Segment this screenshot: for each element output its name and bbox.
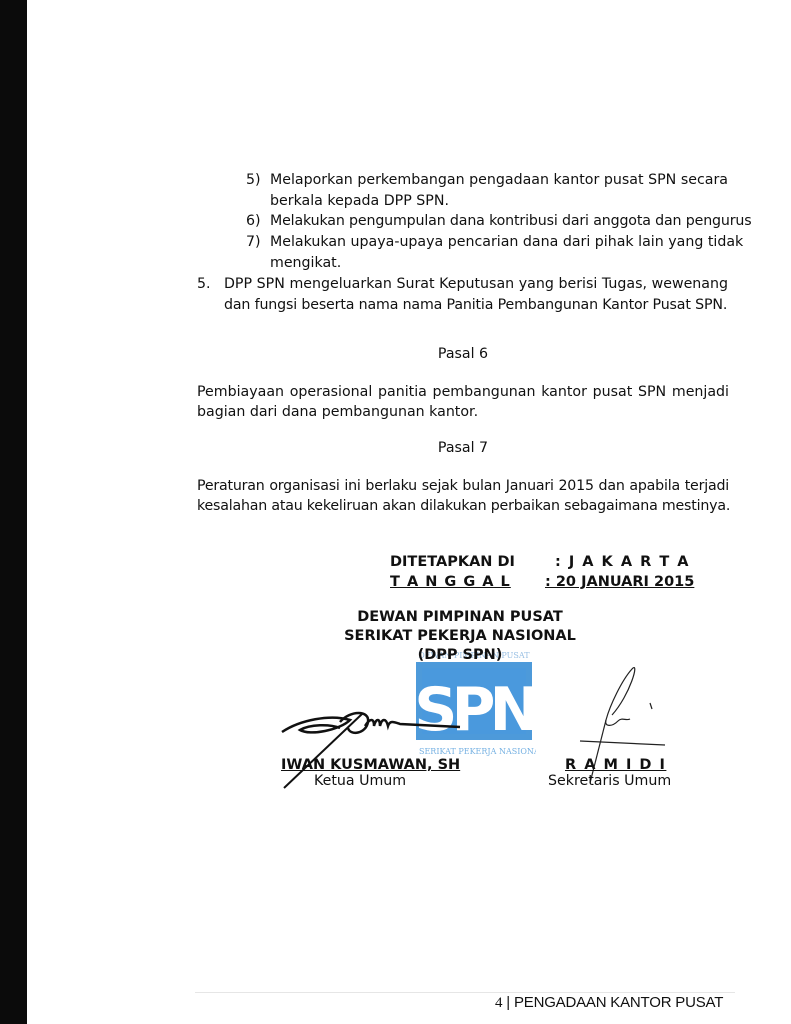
signatory-title-chairman: Ketua Umum bbox=[314, 773, 406, 789]
enactment-date-value: : 20 JANUARI 2015 bbox=[545, 574, 694, 590]
signatory-name-secretary: R A M I D I bbox=[565, 757, 666, 773]
org-line-1: DEWAN PIMPINAN PUSAT bbox=[330, 609, 590, 625]
footer-separator: | bbox=[506, 994, 510, 1011]
point-number: 5. bbox=[197, 274, 211, 295]
signatory-title-secretary: Sekretaris Umum bbox=[548, 773, 671, 789]
list-item-line: Melakukan upaya-upaya pencarian dana dar… bbox=[270, 232, 728, 253]
list-item-number: 7) bbox=[246, 232, 261, 253]
footer-title: PENGADAAN KANTOR PUSAT bbox=[514, 994, 723, 1011]
list-item-line: Melaporkan perkembangan pengadaan kantor… bbox=[270, 170, 728, 191]
list-item-number: 6) bbox=[246, 211, 261, 232]
pasal-7-heading: Pasal 7 bbox=[197, 438, 729, 459]
page-footer: 4 | PENGADAAN KANTOR PUSAT bbox=[495, 994, 723, 1012]
list-item-line: mengikat. bbox=[270, 253, 341, 274]
list-item-line: Melakukan pengumpulan dana kontribusi da… bbox=[270, 211, 728, 232]
point-line: dan fungsi beserta nama nama Panitia Pem… bbox=[224, 295, 727, 316]
document-body: 5) Melaporkan perkembangan pengadaan kan… bbox=[0, 0, 791, 1024]
pasal-6-line: Pembiayaan operasional panitia pembangun… bbox=[197, 382, 729, 403]
org-line-3: (DPP SPN) bbox=[330, 647, 590, 663]
page-number: 4 bbox=[495, 995, 502, 1011]
pasal-6-line: bagian dari dana pembangunan kantor. bbox=[197, 402, 478, 423]
point-line: DPP SPN mengeluarkan Surat Keputusan yan… bbox=[224, 274, 728, 295]
signatory-name-chairman: IWAN KUSMAWAN, SH bbox=[281, 757, 460, 773]
org-line-2: SERIKAT PEKERJA NASIONAL bbox=[330, 628, 590, 644]
enactment-place-value: : J A K A R T A bbox=[555, 554, 690, 570]
pasal-7-line: kesalahan atau kekeliruan akan dilakukan… bbox=[197, 496, 730, 517]
footer-divider bbox=[195, 992, 735, 993]
list-item-number: 5) bbox=[246, 170, 261, 191]
pasal-6-heading: Pasal 6 bbox=[197, 344, 729, 365]
enactment-date-label: T A N G G A L bbox=[390, 574, 555, 590]
enactment-place-label: DITETAPKAN DI bbox=[390, 554, 515, 570]
pasal-7-line: Peraturan organisasi ini berlaku sejak b… bbox=[197, 476, 729, 497]
list-item-line: berkala kepada DPP SPN. bbox=[270, 191, 449, 212]
